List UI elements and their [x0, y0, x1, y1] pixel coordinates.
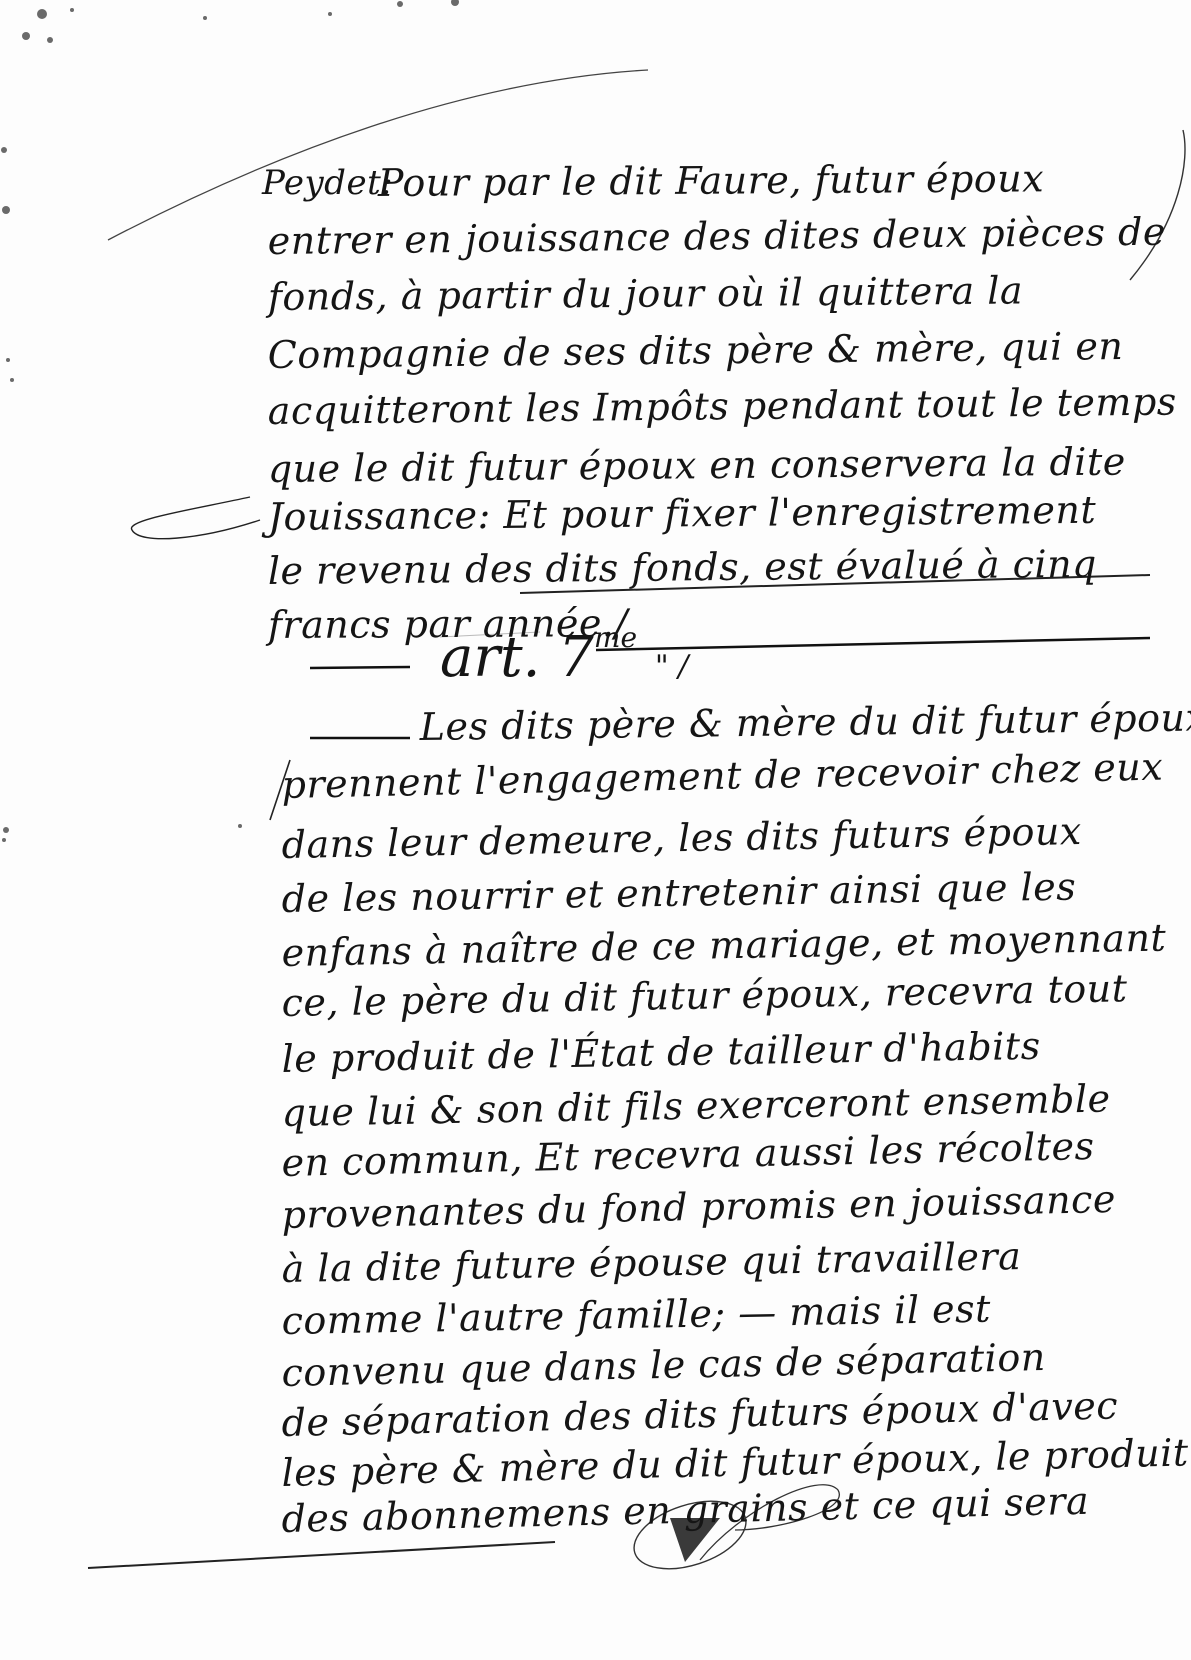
text-line: acquitteront les Impôts pendant tout le …: [268, 382, 1177, 430]
manuscript-page: Peydet: Pour par le dit Faure, futur épo…: [0, 0, 1191, 1660]
bottom-rule: [88, 1542, 555, 1568]
article-trailing: " /: [655, 649, 688, 684]
text-line: à la dite future épouse qui travaillera: [281, 1237, 1021, 1288]
text-line: ce, le père du dit futur époux, recevra …: [281, 969, 1127, 1022]
text-line: comme l'autre famille; — mais il est: [281, 1290, 991, 1340]
text-line: prennent l'engagement de recevoir chez e…: [281, 748, 1163, 804]
text-line: convenu que dans le cas de séparation: [281, 1338, 1046, 1392]
text-line: fonds, à partir du jour où il quittera l…: [268, 271, 1024, 316]
text-line: dans leur demeure, les dits futurs époux: [281, 812, 1082, 864]
article-number: 7: [558, 625, 594, 690]
text-line: que lui & son dit fils exerceront ensemb…: [281, 1080, 1111, 1132]
text-line: Compagnie de ses dits père & mère, qui e…: [268, 327, 1124, 374]
text-line: entrer en jouissance des dites deux pièc…: [268, 213, 1166, 260]
text-line: de les nourrir et entretenir ainsi que l…: [281, 868, 1076, 918]
text-line: le revenu des dits fonds, est évalué à c…: [268, 545, 1097, 590]
text-line: le produit de l'État de tailleur d'habit…: [281, 1027, 1041, 1078]
text-line: enfans à naître de ce mariage, et moyenn…: [281, 919, 1166, 972]
article-label: art.: [440, 625, 540, 690]
text-line: Jouissance: Et pour fixer l'enregistreme…: [268, 491, 1097, 536]
margin-stroke: [108, 70, 648, 240]
article-suffix: me: [594, 621, 637, 654]
text-line: en commun, Et recevra aussi les récoltes: [281, 1127, 1095, 1182]
flourish-loop: [131, 497, 260, 539]
heading-rule-left: [310, 667, 410, 668]
margin-note: Peydet:: [262, 166, 393, 200]
article-heading: art. 7me " /: [440, 630, 688, 686]
text-line: de séparation des dits futurs époux d'av…: [281, 1386, 1118, 1442]
text-line: que le dit futur époux en conservera la …: [268, 443, 1126, 488]
right-bracket-stroke: [1130, 130, 1185, 280]
text-line: Les dits père & mère du dit futur époux: [420, 698, 1191, 746]
text-line: Pour par le dit Faure, futur époux: [378, 159, 1044, 202]
text-line: provenantes du fond promis en jouissance: [281, 1180, 1116, 1234]
